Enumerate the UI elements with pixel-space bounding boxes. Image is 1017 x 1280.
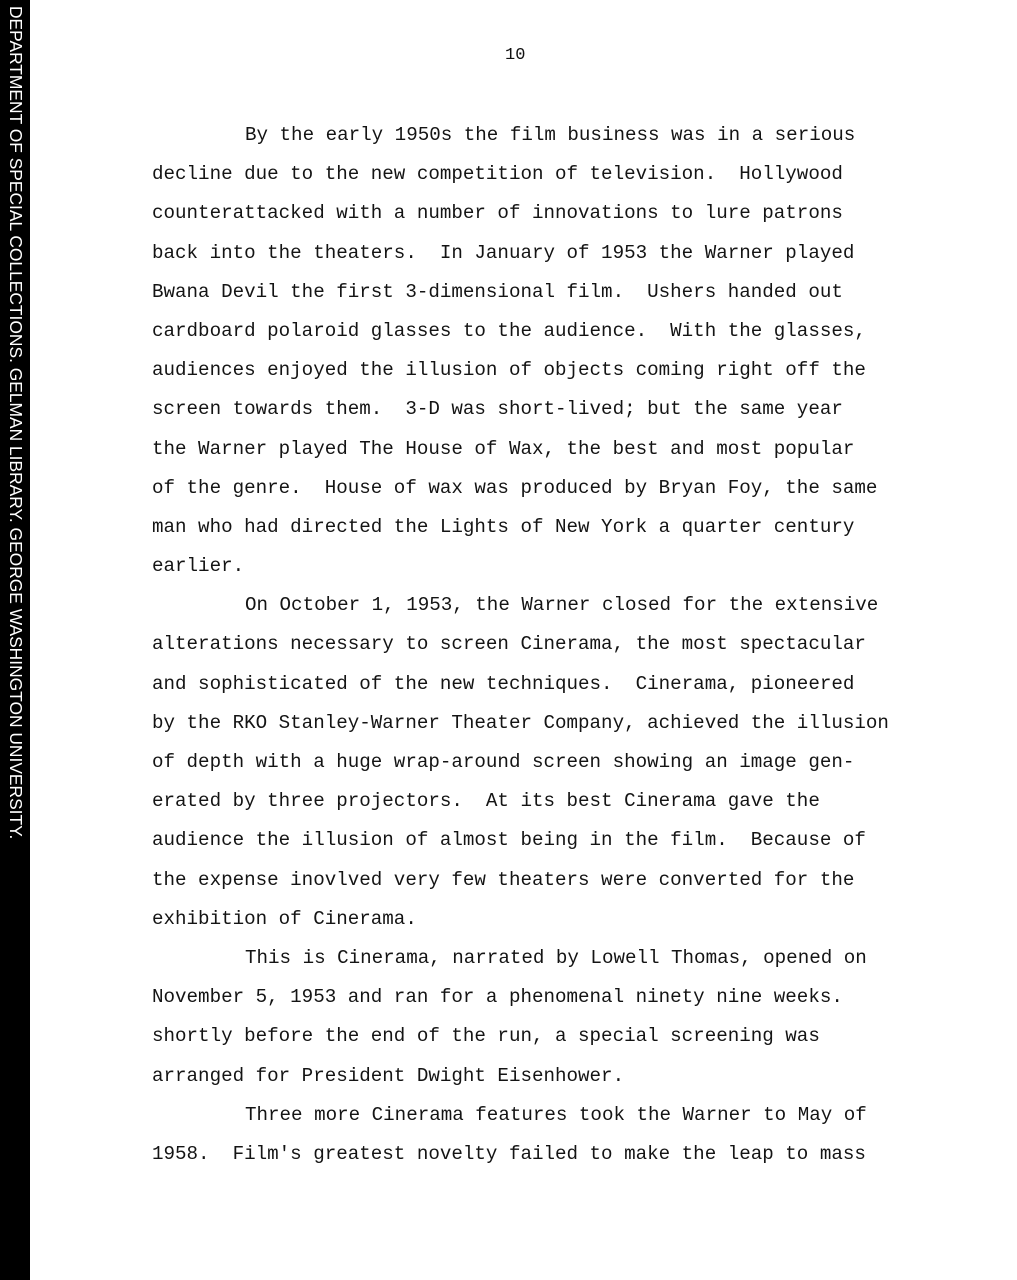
text-line: counterattacked with a number of innovat… (152, 200, 932, 239)
text-line: erated by three projectors. At its best … (152, 788, 932, 827)
text-line: cardboard polaroid glasses to the audien… (152, 318, 932, 357)
text-line: On October 1, 1953, the Warner closed fo… (152, 592, 932, 631)
text-line: of the genre. House of wax was produced … (152, 475, 932, 514)
document-body: By the early 1950s the film business was… (152, 122, 932, 1180)
text-line: shortly before the end of the run, a spe… (152, 1023, 932, 1062)
text-line: By the early 1950s the film business was… (152, 122, 932, 161)
text-line: back into the theaters. In January of 19… (152, 240, 932, 279)
text-line: alterations necessary to screen Cinerama… (152, 631, 932, 670)
text-line: man who had directed the Lights of New Y… (152, 514, 932, 553)
text-line: Three more Cinerama features took the Wa… (152, 1102, 932, 1141)
text-line: by the RKO Stanley-Warner Theater Compan… (152, 710, 932, 749)
text-line: decline due to the new competition of te… (152, 161, 932, 200)
text-line: November 5, 1953 and ran for a phenomena… (152, 984, 932, 1023)
text-line: exhibition of Cinerama. (152, 906, 932, 945)
text-line: earlier. (152, 553, 932, 592)
text-line: screen towards them. 3-D was short-lived… (152, 396, 932, 435)
text-line: audiences enjoyed the illusion of object… (152, 357, 932, 396)
text-line: the expense inovlved very few theaters w… (152, 867, 932, 906)
text-line: the Warner played The House of Wax, the … (152, 436, 932, 475)
text-line: Bwana Devil the first 3-dimensional film… (152, 279, 932, 318)
text-line: and sophisticated of the new techniques.… (152, 671, 932, 710)
archive-side-strip: DEPARTMENT OF SPECIAL COLLECTIONS. GELMA… (0, 0, 30, 1280)
collection-label: DEPARTMENT OF SPECIAL COLLECTIONS. GELMA… (2, 6, 30, 839)
text-line: arranged for President Dwight Eisenhower… (152, 1063, 932, 1102)
text-line: of depth with a huge wrap-around screen … (152, 749, 932, 788)
text-line: This is Cinerama, narrated by Lowell Tho… (152, 945, 932, 984)
page-number: 10 (505, 46, 525, 65)
text-line: audience the illusion of almost being in… (152, 827, 932, 866)
text-line: 1958. Film's greatest novelty failed to … (152, 1141, 932, 1180)
